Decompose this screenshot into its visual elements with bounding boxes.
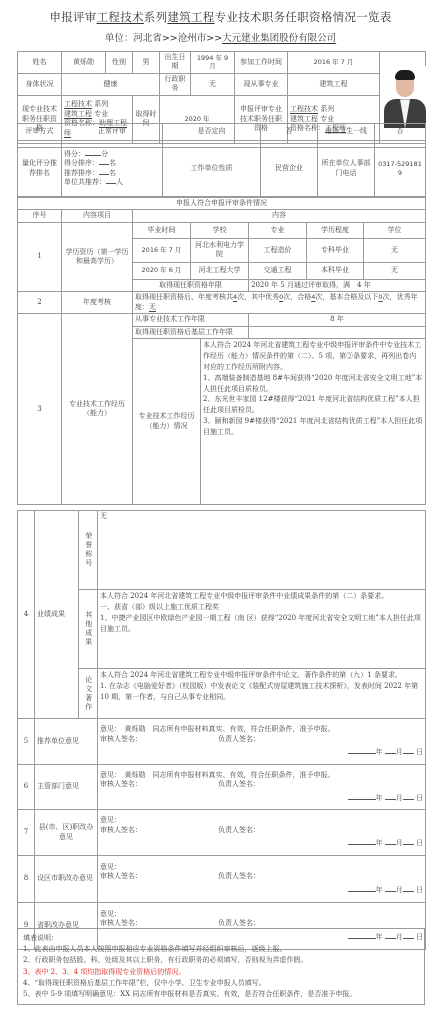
rec-rank-label: 推荐排序：: [64, 169, 99, 177]
leader-signature-label: 负责人签名：: [218, 780, 260, 788]
admin-post-label: 行政职务: [160, 73, 191, 95]
experience-no: 3: [18, 314, 62, 505]
opinion-label: 主管部门意见: [35, 765, 98, 810]
experience-line: 本人符合 2024 年河北省建筑工程专业中级申报评审条件中专业技术工作经历（能力…: [203, 340, 423, 373]
conditions-table: 申报人符合申报评审条件情况 序号 内容项目 内容 1 学历资历（第一学历和最高学…: [17, 197, 426, 505]
honor-value: 无: [98, 511, 426, 590]
edu-header-0: 毕业时间: [133, 222, 191, 238]
edu-header-3: 学历程度: [307, 222, 364, 238]
opinion-text: 黄烁勋 同志所有申报材料真实、有效，符合任职条件，准予申报。: [125, 725, 335, 733]
edu-row-0-school: 河北水利电力学院: [191, 238, 249, 262]
other-value: 本人符合 2024 年河北省建筑工程专业中级申报评审条件中业绩成果条件的第（二）…: [98, 590, 426, 669]
appraisal-text-1: 取得现任职资格后，年度考核共: [135, 293, 233, 301]
birth-label: 出生日期: [160, 52, 191, 74]
note-item: 1、此表由申报人员本人按照申报相应专业资格条件填写并经组织审核后，逐级上报。: [23, 944, 419, 955]
opinion-content: 意见： 审核人签名：负责人签名： 年 月 日: [98, 856, 426, 903]
opinion-label: 推荐单位意见: [35, 719, 98, 765]
title-suffix: 专业技术职务任职资格情况一览表: [215, 10, 392, 24]
appraisal-excellent-years: 无: [149, 303, 156, 311]
date-year: 年: [376, 886, 383, 894]
leader-signature-label: 负责人签名：: [218, 735, 260, 743]
opinion-no: 6: [18, 765, 35, 810]
col-item-header: 内容项目: [62, 210, 133, 222]
current-qual-series-suffix: 系列: [92, 100, 108, 108]
opinion-row: 5 推荐单位意见 意见： 黄烁勋 同志所有申报材料真实、有效，符合任职条件，准予…: [18, 719, 426, 765]
edu-row-0-degree: 无: [364, 238, 426, 262]
date-day: 日: [416, 794, 423, 802]
directed-value: 否: [261, 124, 318, 141]
paper-label-cell: 论文著作: [79, 669, 98, 719]
appraisal-content: 取得现任职资格后，年度考核共4次，其中优秀0次，合格4次，基本合格及以下0次，优…: [133, 292, 426, 314]
leader-signature-label: 负责人签名：: [218, 872, 260, 880]
document-page: 申报评审工程技术系列建筑工程专业技术职务任职资格情况一览表 单位：河北省>>沧州…: [0, 0, 441, 1024]
current-qual-series: 工程技术: [64, 100, 92, 108]
unit-total-unit: 人: [116, 178, 123, 186]
experience-detail: 本人符合 2024 年河北省建筑工程专业中级申报评审条件中专业技术工作经历（能力…: [201, 339, 426, 505]
edu-row-1-degree: 无: [364, 262, 426, 279]
grassroots-value: [249, 326, 426, 338]
note-item-highlighted: 3、表中 2、3、4 项均指取得现专业资格后的情况。: [23, 967, 419, 978]
note-item: 5、表中 5-9 项填写明确意见：XX 同志所有申报材料是否真实、有效，是否符合…: [23, 989, 419, 1000]
edu-row-1-time: 2020 年 6 月: [133, 262, 191, 279]
date-day: 日: [416, 886, 423, 894]
edu-header-1: 学校: [191, 222, 249, 238]
appraisal-no: 2: [18, 292, 62, 314]
opinion-content: 意见： 审核人签名：负责人签名： 年 月 日: [98, 810, 426, 856]
edu-header-2: 专业: [249, 222, 307, 238]
experience-line: 2、东光世丰家园 12#楼获得“2021 年度河北省结构优质工程”本人担任此项目…: [203, 394, 423, 416]
note-item: 4、“取得现任职资格后基层工作年限”栏，仅中小学、卫生专业申报人员填写。: [23, 978, 419, 989]
title-specialty: 建筑工程: [167, 10, 214, 24]
employer-type-value: 民营企业: [261, 141, 318, 197]
tenure-label: 取得现任职资格年限: [133, 279, 249, 291]
opinion-date: 年 月 日: [100, 886, 423, 895]
method-label: 评审方式: [18, 124, 62, 141]
gender-label: 性别: [106, 52, 133, 74]
opinion-text: 黄烁勋 同志所有申报材料真实、有效，符合任职条件，准予申报。: [125, 771, 335, 779]
health-label: 身体状况: [18, 73, 62, 95]
current-qual-specialty: 建筑工程: [64, 110, 92, 118]
note-item: 2、行政职务包括股、科、处级及其以上职务，有行政职务的必须填写，否则视为弄虚作假…: [23, 955, 419, 966]
honor-label: 荣誉称号: [83, 532, 92, 568]
reviewer-signature-label: 审核人签名：: [100, 735, 218, 744]
edu-row-1-level: 本科毕业: [307, 262, 364, 279]
date-month: 月: [396, 794, 403, 802]
score-label: 得分：: [64, 150, 85, 158]
conditions-title: 申报人符合申报评审条件情况: [18, 198, 426, 210]
date-month: 月: [396, 886, 403, 894]
experience-line: 1、高端装备制造基地 8#车间获得“2020 年度河北省安全文明工地”本人担任此…: [203, 373, 423, 395]
appraisal-text-4: 次，基本合格及以下: [315, 293, 378, 301]
edu-row-0-major: 工程造价: [249, 238, 307, 262]
edu-no: 1: [18, 222, 62, 291]
title-prefix: 申报评审: [49, 10, 96, 24]
opinion-row: 8 设区市职改办意见 意见： 审核人签名：负责人签名： 年 月 日: [18, 856, 426, 903]
opinion-prefix: 意见：: [100, 725, 118, 733]
opinion-label: 县(市、区)职改办意见: [35, 810, 98, 856]
edu-row-1-major: 交通工程: [249, 262, 307, 279]
health-frontline-label: 是否卫生一线: [318, 124, 375, 141]
title-series: 工程技术: [97, 10, 144, 24]
opinion-row: 6 主管部门意见 意见： 黄烁勋 同志所有申报材料真实、有效，符合任职条件，准予…: [18, 765, 426, 810]
score-rank-label: 得分排序：: [64, 159, 99, 167]
date-month: 月: [396, 839, 403, 847]
opinion-date: 年 月 日: [100, 748, 423, 757]
current-qual-specialty-suffix: 专业: [92, 110, 108, 118]
work-start-value: 2016 年 7 月: [288, 52, 380, 74]
fill-instructions: 填表说明： 1、此表由申报人员本人按照申报相应专业资格条件填写并经组织审核后，逐…: [17, 928, 425, 1005]
opinion-label: 设区市职改办意见: [35, 856, 98, 903]
experience-years-label: 从事专业技术工作年限: [133, 314, 249, 326]
experience-line: 3、颐和新园 9#楼获得“2021 年度河北省结构优质工程”本人担任此项目施工员…: [203, 416, 423, 438]
paper-value: 本人符合 2024 年河北省建筑工程专业中级申报评审条件中论文、著作条件的第（九…: [98, 669, 426, 719]
work-start-label: 参加工作时间: [235, 52, 288, 74]
notes-title: 填表说明：: [23, 933, 419, 944]
opinion-content: 意见： 黄烁勋 同志所有申报材料真实、有效，符合任职条件，准予申报。 审核人签名…: [98, 719, 426, 765]
birth-value: 1994 年 9 月: [191, 52, 235, 74]
appraisal-text-3: 次，合格: [283, 293, 311, 301]
appraisal-item: 年度考核: [62, 292, 133, 314]
col-no-header: 序号: [18, 210, 62, 222]
honor-label-cell: 荣誉称号: [79, 511, 98, 590]
applicant-photo: [382, 66, 428, 128]
other-line: 一、获省（部）级以上施工优质工程奖: [100, 602, 423, 613]
opinion-no: 8: [18, 856, 35, 903]
current-specialty-value: 建筑工程: [288, 73, 380, 95]
date-month: 月: [396, 748, 403, 756]
opinion-prefix: 意见：: [100, 771, 118, 779]
other-label: 其他成果: [83, 611, 92, 647]
achievements-no: 4: [18, 511, 35, 719]
opinion-prefix: 意见：: [100, 910, 121, 918]
opinion-no: 7: [18, 810, 35, 856]
unit-line: 单位：河北省>>沧州市>>大元建业集团股份有限公司: [0, 33, 441, 46]
opinion-date: 年 月 日: [100, 839, 423, 848]
ranking-label: 量化评分推荐排名: [18, 141, 62, 197]
tenure-value: 2020 年 5 月通过评审取得，满 4 年: [249, 279, 426, 291]
opinion-prefix: 意见：: [100, 816, 121, 824]
other-line: 本人符合 2024 年河北省建筑工程专业中级申报评审条件中业绩成果条件的第（二）…: [100, 591, 423, 602]
paper-line: 1. 在杂志《电脑爱好者》（校园版）中发表论文《装配式房屋建筑施工技术探析》，发…: [100, 681, 423, 703]
opinion-date: 年 月 日: [100, 794, 423, 803]
unit-label: 单位：河北省>>沧州市>>: [105, 33, 222, 44]
hr-phone-label: 所在单位人事部门电话: [318, 141, 375, 197]
edu-row-0-time: 2016 年 7 月: [133, 238, 191, 262]
review-table: 评审方式 正常评审 是否定向 否 是否卫生一线 否 量化评分推荐排名 得分：分 …: [17, 123, 426, 197]
edu-row-1-school: 河北工程大学: [191, 262, 249, 279]
page-title: 申报评审工程技术系列建筑工程专业技术职务任职资格情况一览表: [0, 10, 441, 26]
edu-header-4: 学位: [364, 222, 426, 238]
name-label: 姓名: [18, 52, 62, 74]
gender-value: 男: [133, 52, 160, 74]
employer-type-label: 工作单位性质: [163, 141, 261, 197]
rec-rank-unit: 名: [109, 169, 116, 177]
date-year: 年: [376, 839, 383, 847]
reviewer-signature-label: 审核人签名：: [100, 826, 218, 835]
date-year: 年: [376, 748, 383, 756]
unit-total-label: 单位共推荐：: [64, 178, 106, 186]
score-unit: 分: [101, 150, 108, 158]
hr-phone-value: 0317-5291819: [375, 141, 426, 197]
name-value: 黄烁勋: [62, 52, 106, 74]
experience-detail-label: 专业技术工作经历（能力）情况: [133, 339, 201, 505]
applied-qual-series-suffix: 系列: [318, 105, 334, 113]
edu-item: 学历资历（第一学历和最高学历）: [62, 222, 133, 291]
reviewer-signature-label: 审核人签名：: [100, 780, 218, 789]
directed-label: 是否定向: [163, 124, 261, 141]
other-label-cell: 其他成果: [79, 590, 98, 669]
paper-label: 论文著作: [83, 676, 92, 712]
appraisal-text-2: 次，其中优秀: [237, 293, 279, 301]
paper-line: 本人符合 2024 年河北省建筑工程专业中级申报评审条件中论文、著作条件的第（九…: [100, 670, 423, 681]
applied-qual-specialty-suffix: 专业: [318, 115, 334, 123]
health-frontline-value: 否: [375, 124, 426, 141]
experience-item: 专业技术工作经历（能力）: [62, 314, 133, 505]
admin-post-value: 无: [191, 73, 235, 95]
current-specialty-label: 现从事专业: [235, 73, 288, 95]
col-content-header: 内容: [133, 210, 426, 222]
date-day: 日: [416, 839, 423, 847]
edu-row-0-level: 专科毕业: [307, 238, 364, 262]
ranking-values: 得分：分 得分排序：名 推荐排序：名 单位共推荐：人: [62, 141, 163, 197]
opinion-row: 7 县(市、区)职改办意见 意见： 审核人签名：负责人签名： 年 月 日: [18, 810, 426, 856]
leader-signature-label: 负责人签名：: [218, 919, 260, 927]
applied-qual-series: 工程技术: [290, 105, 318, 113]
other-line: 1、中捷产业园区中欧绿色产业园一期工程（南 区）获得“2020 年度河北省安全文…: [100, 613, 423, 635]
date-day: 日: [416, 748, 423, 756]
date-year: 年: [376, 794, 383, 802]
method-value: 正常评审: [62, 124, 163, 141]
leader-signature-label: 负责人签名：: [218, 826, 260, 834]
achievements-item: 业绩成果: [35, 511, 79, 719]
opinion-content: 意见： 黄烁勋 同志所有申报材料真实、有效，符合任职条件，准予申报。 审核人签名…: [98, 765, 426, 810]
opinion-prefix: 意见：: [100, 863, 121, 871]
applied-qual-specialty: 建筑工程: [290, 115, 318, 123]
health-value: 健康: [62, 73, 160, 95]
grassroots-label: 取得现任职资格后基层工作年限: [133, 326, 249, 338]
score-rank-unit: 名: [109, 159, 116, 167]
experience-years-value: 8 年: [249, 314, 426, 326]
opinion-no: 5: [18, 719, 35, 765]
reviewer-signature-label: 审核人签名：: [100, 872, 218, 881]
achievements-table: 4 业绩成果 荣誉称号 无 其他成果 本人符合 2024 年河北省建筑工程专业中…: [17, 510, 426, 950]
unit-name: 大元建业集团股份有限公司: [222, 33, 336, 44]
title-series-suffix: 系列: [144, 10, 168, 24]
